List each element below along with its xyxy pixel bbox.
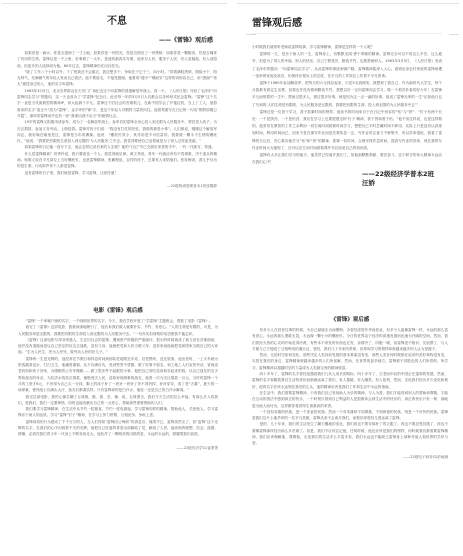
paragraph: 什么是雷锋精神？刘秀玲说，我只要改变一个人，我觉得就足够。黄文秀说，青年一代就应… [17,151,217,170]
paragraph: 雷锋的一生是光辉的，他经常在节假日和休息时间到部队驻地附近车站、扶老携幼，送还旅… [18,356,218,394]
paragraph: 《雷锋》这部电影写得非常感人，生在旧社会的雷锋，遭到资产阶级的严重破坏，很小的时… [18,337,218,356]
essay-page-2: 雷锋观后感 小时候我们就常听老师说雷锋故事，学习雷锋精神，雷锋是怎样的一个人呢？… [252,0,442,280]
essay-page-1: 不息 ——《雷锋》观后感 如果你是一滴水，你是否滋润了一寸土地；如果你是一份阳光… [17,0,217,280]
paragraph: 四十多年了，雷锋的名字曾经是激励我们几代人成长的路标，四十多年了，古老而年轻的中… [252,371,448,390]
paragraph: 如果雷锋的日记能一直写下去，他会怎样记录后来的人生呢？他的“日记”早已交到后来者… [17,144,217,150]
paragraph: 是的，几十年来，我们的生活发生了翻天覆地的变化，我们再也不要穿那补丁的衣服了，再… [252,421,448,446]
author-signature: —22级物流管理普本1班张馨静 [17,184,217,189]
paragraph: 我们要学习雷锋精神，在生活中从节约一粒粮食、节约一度电做起，学习雷锋同样的精神，… [18,406,218,419]
paragraph: 然而，无论时空如何变化，那些决定人类向前发展的基本要素没有变，那些人类任何时候都… [252,352,448,371]
paragraph: 雷锋有太多让我们学习的地方，他虽然已经离开我们了，但他那默默奉献、艰苦奋斗、忠于… [252,152,442,166]
essay-title: 不息 [17,12,217,27]
paragraph: 看完这部电影，我的心像打翻了五味瓶，酸、甜、苦、辣、咸，五味俱全，我们今天生活的… [18,394,218,407]
paragraph: 看完了《雷锋》这部电影，我被深深地吸引了，他告诉我们做人就要朴实、节约、有爱心。… [18,324,218,337]
paragraph: “除了工作八个小时以外，下了班我还不会搞衣，我还想多干，争取在干它个三、四小时。… [17,69,217,88]
paragraph: 没有雷锋的日子里，我们就是雷锋，学习雷锋，让爱传递！ [17,170,217,176]
author-signature: ——22级经济学S1崔萧萧 [18,446,218,451]
essay-title: 雷锋观后感 [252,14,442,29]
paragraph: 一个没有英雄的民族，是一个悲哀的民族；然而一个有英雄却不知尊重、不知珍惜的民族，… [252,409,448,422]
paragraph: 雷锋叔叔的行为感动了千千万万的人，当人们得知“雷锋因公殉职”的消息后，痛哭不已，… [18,419,218,438]
paragraph: 雷锋的一生，是乐于助人的一生，雷锋身上，有默默无闻·勇于奉献的精神。雷锋完全可以… [252,51,442,80]
essay-subtitle: ——《雷锋》观后感 [17,35,213,44]
paragraph: 如果你是一滴水，你是否滋润了一寸土地；如果你是一份阳光，你是否照亮了一份黑暗；如… [17,50,217,69]
author-signature: ——22级经济学普本2班 汪娇 [362,170,442,188]
author-signature: ——22级电子商务S2彭雨涵 [252,455,448,460]
page-edge-marker-left [246,34,256,35]
paragraph: 1963年3月5日，北京各界群众在天安门广场纪念这个叫雷锋的普通解放军战士。同一… [17,88,217,119]
paragraph: 有多少人在回首往事的时候，为自己碌碌无为而懊悔，为曾经虚度年华而悲哀，有多少人能… [252,327,448,352]
paragraph: 雷锋还是一位善于学习，善于抓紧时间的榜样，他读书的时间来自于在日记中形容的“钻”… [252,109,442,152]
paragraph: 雷锋于1960年参加解放军，把每月的六元钱存起来，只花5毛钱理发。我想到了我自己… [252,80,442,109]
essay-page-4: 《雷锋》观后感 有多少人在回首往事的时候，为自己碌碌无为而懊悔，为曾经虚度年华而… [252,280,448,556]
essay-title: 《雷锋》观后感 [252,315,448,323]
paragraph: 19岁的雷锋又积极申请参军，成为了一名解放军战士。参军后的雷锋全身心投入到无限为… [17,119,217,144]
title-divider [252,33,442,34]
page-edge-marker-right [449,34,459,35]
essay-page-3: 电影《雷锋》观后感 “雷锋”一个家喻户晓的名字，一个响彻世界的名字，今天，我们学… [18,280,218,556]
paragraph: 小时候我们就常听老师说雷锋故事，学习雷锋精神，雷锋是怎样的一个人呢？ [252,44,442,51]
paragraph: 在生活中，我们需要雷锋精神，只有我们自己发扬助人为乐的精神，与人为善，我们才能得… [252,390,448,409]
essay-title: 电影《雷锋》观后感 [18,306,218,314]
